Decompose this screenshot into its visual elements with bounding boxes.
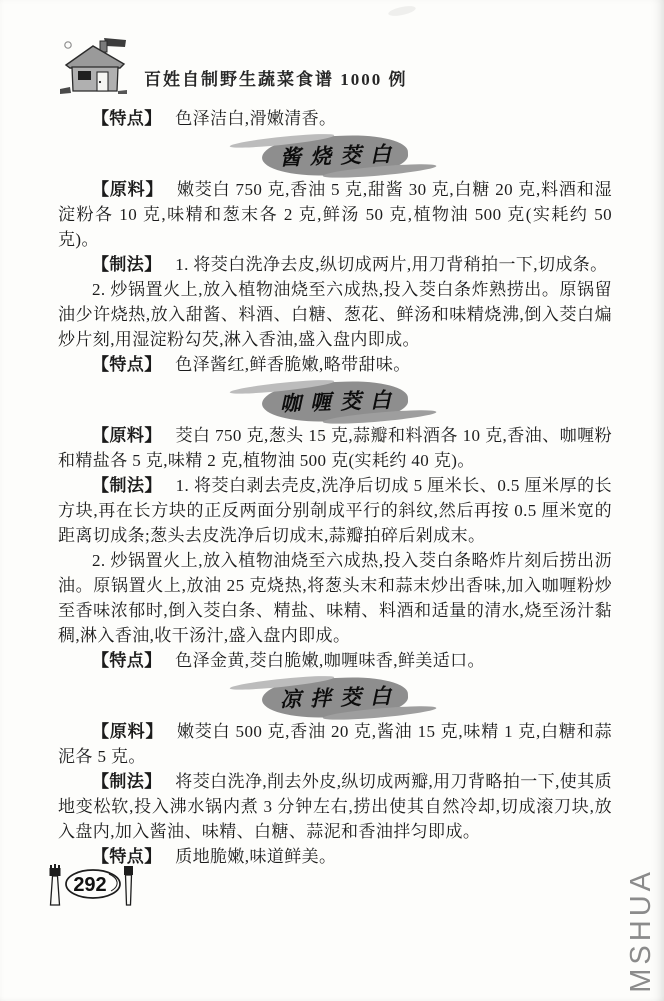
feature-paragraph: 【特点】色泽酱红,鲜香脆嫩,略带甜味。 bbox=[58, 352, 612, 377]
page-number-badge: 292 bbox=[46, 863, 140, 916]
section-label: 【制法】 bbox=[92, 772, 162, 791]
section-label: 【特点】 bbox=[92, 651, 162, 670]
feature-text: 色泽金黄,茭白脆嫩,咖喱味香,鲜美适口。 bbox=[175, 651, 485, 670]
section-label: 【原料】 bbox=[92, 722, 163, 741]
recipe-title: 酱烧茭白 bbox=[261, 133, 408, 177]
section-label: 【特点】 bbox=[92, 109, 162, 128]
section-label: 【原料】 bbox=[92, 426, 162, 445]
section-label: 【特点】 bbox=[92, 355, 162, 374]
method-step-paragraph: 2. 炒锅置火上,放入植物油烧至六成热,投入茭白条炸熟捞出。原锅留油少许烧热,放… bbox=[58, 277, 612, 352]
scanned-book-page: 百姓自制野生蔬菜食谱 1000 例 【特点】色泽洁白,滑嫩清香。 酱烧茭白 【原… bbox=[0, 0, 664, 1001]
method-step-text: 1. 将茭白洗净去皮,纵切成两片,用刀背稍拍一下,切成条。 bbox=[175, 255, 607, 274]
feature-paragraph: 【特点】质地脆嫩,味道鲜美。 bbox=[58, 844, 612, 869]
method-paragraph: 【制法】将茭白洗净,削去外皮,纵切成两瓣,用刀背略拍一下,使其质地变松软,投入沸… bbox=[58, 769, 612, 844]
ingredients-paragraph: 【原料】嫩茭白 750 克,香油 5 克,甜酱 30 克,白糖 20 克,料酒和… bbox=[58, 177, 612, 252]
running-header: 百姓自制野生蔬菜食谱 1000 例 bbox=[60, 42, 612, 100]
method-step-text: 2. 炒锅置火上,放入植物油烧至六成热,投入茭白条略炸片刻后捞出沥油。原锅置火上… bbox=[58, 551, 612, 645]
section-label: 【制法】 bbox=[92, 476, 162, 495]
section-label: 【制法】 bbox=[92, 255, 162, 274]
watermark-text: MSHUA bbox=[625, 868, 658, 993]
feature-text: 色泽洁白,滑嫩清香。 bbox=[175, 109, 336, 128]
book-title: 百姓自制野生蔬菜食谱 1000 例 bbox=[128, 65, 408, 100]
recipe-title: 咖喱茭白 bbox=[261, 379, 408, 423]
method-step-text: 2. 炒锅置火上,放入植物油烧至六成热,投入茭白条炸熟捞出。原锅留油少许烧热,放… bbox=[58, 280, 612, 349]
feature-paragraph: 【特点】色泽洁白,滑嫩清香。 bbox=[58, 106, 612, 131]
knife-icon bbox=[124, 866, 133, 905]
recipe-title-banner: 咖喱茭白 bbox=[58, 382, 612, 418]
ingredients-paragraph: 【原料】茭白 750 克,葱头 15 克,蒜瓣和料酒各 10 克,香油、咖喱粉和… bbox=[58, 423, 612, 473]
section-label: 【原料】 bbox=[92, 180, 163, 199]
method-paragraph: 【制法】1. 将茭白洗净去皮,纵切成两片,用刀背稍拍一下,切成条。 bbox=[58, 252, 612, 277]
ingredients-paragraph: 【原料】嫩茭白 500 克,香油 20 克,酱油 15 克,味精 1 克,白糖和… bbox=[58, 719, 612, 769]
page-number: 292 bbox=[73, 874, 106, 896]
page-content: 百姓自制野生蔬菜食谱 1000 例 【特点】色泽洁白,滑嫩清香。 酱烧茭白 【原… bbox=[0, 0, 664, 869]
recipe-title-banner: 凉拌茭白 bbox=[58, 678, 612, 714]
feature-paragraph: 【特点】色泽金黄,茭白脆嫩,咖喱味香,鲜美适口。 bbox=[58, 648, 612, 673]
feature-text: 质地脆嫩,味道鲜美。 bbox=[175, 847, 336, 866]
fork-icon bbox=[50, 864, 61, 905]
method-step-paragraph: 2. 炒锅置火上,放入植物油烧至六成热,投入茭白条略炸片刻后捞出沥油。原锅置火上… bbox=[58, 548, 612, 648]
feature-text: 色泽酱红,鲜香脆嫩,略带甜味。 bbox=[175, 355, 411, 374]
method-paragraph: 【制法】1. 将茭白剥去壳皮,洗净后切成 5 厘米长、0.5 厘米厚的长方块,再… bbox=[58, 473, 612, 548]
recipe-title-banner: 酱烧茭白 bbox=[58, 136, 612, 172]
house-icon bbox=[60, 37, 128, 100]
recipe-title: 凉拌茭白 bbox=[261, 675, 408, 719]
